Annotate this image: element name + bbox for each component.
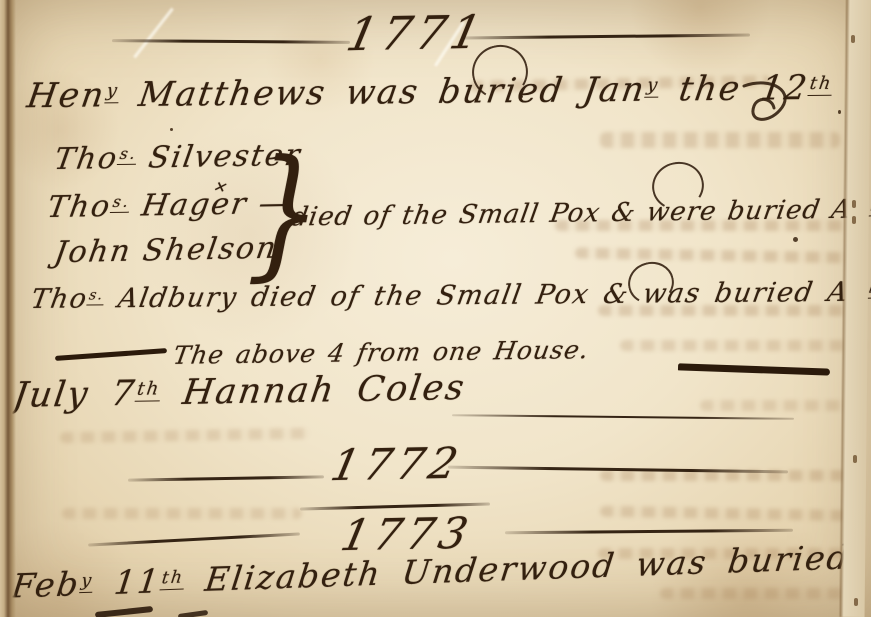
show-through-smudge <box>575 247 865 263</box>
entry-text: Tho <box>45 189 114 225</box>
entry-text: The above 4 from one House. <box>171 335 591 370</box>
heading-rule-right <box>505 529 793 535</box>
show-through-smudge <box>620 340 868 351</box>
show-through-smudge <box>62 508 302 519</box>
scratch-mark <box>133 8 174 59</box>
entry-hannah-coles: July 7th Hannah Coles <box>11 368 469 416</box>
cutoff-stroke <box>178 610 208 617</box>
show-through-smudge <box>600 506 862 522</box>
heading-rule-left <box>128 475 324 481</box>
page-edge <box>839 0 871 617</box>
register-page: 1771 Heny Matthews was buried Jany the 1… <box>0 0 871 617</box>
binding-fold <box>0 0 16 617</box>
entry-text: Tho <box>29 283 90 314</box>
ink-flourish-swash <box>738 78 808 136</box>
entry-text: Feb <box>10 564 83 605</box>
stitch-mark <box>852 200 856 208</box>
superscript: th <box>159 567 186 590</box>
note-above-four: The above 4 from one House. <box>171 335 591 370</box>
cutoff-stroke <box>95 606 153 617</box>
entry-text: 11 <box>91 561 163 602</box>
ink-speck <box>170 128 173 131</box>
ink-speck <box>838 110 841 114</box>
entry-text: Hen <box>24 75 108 116</box>
stitch-mark <box>851 35 855 43</box>
ink-speck <box>793 237 798 242</box>
entry-henry-matthews: Heny Matthews was buried Jany the 12th <box>24 68 835 116</box>
stitch-mark <box>852 216 856 224</box>
ruled-dash-right <box>678 363 830 375</box>
heading-rule-left <box>112 39 350 44</box>
superscript: th <box>807 74 835 96</box>
entry-underline <box>452 414 794 420</box>
superscript: th <box>135 378 163 401</box>
stitch-mark <box>854 598 858 606</box>
heading-rule-right <box>462 33 750 39</box>
show-through-smudge <box>60 428 310 443</box>
entry-text: Hannah Coles <box>158 368 468 413</box>
stitch-mark <box>853 455 857 463</box>
entry-text: Tho <box>52 141 121 177</box>
year-heading-1772: 1772 <box>326 439 467 491</box>
ruled-dash-left <box>55 348 167 361</box>
year-heading-1771: 1771 <box>342 5 491 61</box>
show-through-smudge <box>660 588 860 599</box>
heading-rule-left <box>88 532 300 546</box>
entry-text: July 7 <box>11 374 139 416</box>
entry-text: Matthews was buried Jan <box>116 70 648 116</box>
show-through-smudge <box>700 400 860 411</box>
